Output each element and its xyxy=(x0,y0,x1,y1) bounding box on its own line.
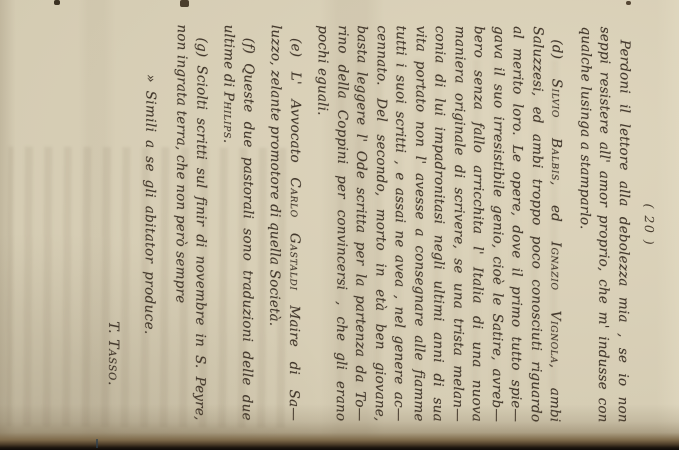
text-segment: . xyxy=(105,381,121,386)
text-segment: vita portato non l' avesse a consegnare … xyxy=(411,26,429,422)
text-line: Perdoni il lettore alla debolezza mia , … xyxy=(612,27,634,423)
text-segment: . xyxy=(221,139,237,144)
text-segment: (d) xyxy=(549,39,565,78)
text-segment: (f) Queste due pastorali sono traduzioni… xyxy=(239,38,257,421)
text-segment: al merito loro. Le opere, dove il primo … xyxy=(508,26,526,422)
text-segment: seppi resistere all' amor proprio, che m… xyxy=(595,27,613,423)
signature-line: T. Tasso. xyxy=(105,24,123,420)
text-line: cennato. Del secondo, morto in età ben g… xyxy=(369,25,391,421)
text-segment: qualche lusinga a stamparlo. xyxy=(577,26,594,229)
text-segment: pochi eguali. xyxy=(315,25,331,116)
text-segment: Maire di Sa— xyxy=(286,291,303,421)
text-segment: ultime di xyxy=(221,25,237,92)
text-segment: bero senza fallo arricchita l' Italia di… xyxy=(469,26,487,422)
text-line: vita portato non l' avesse a consegnare … xyxy=(408,26,430,422)
text-line: al merito loro. Le opere, dove il primo … xyxy=(506,26,528,422)
text-segment: Perdoni il lettore alla debolezza mia , … xyxy=(615,40,633,423)
text-segment: luzzo, zelante promotore di quella Socie… xyxy=(267,25,285,327)
scan-speck xyxy=(54,0,60,5)
text-line: non ingrata terra, che non però sempre xyxy=(170,24,192,420)
text-line: pochi eguali. xyxy=(311,25,333,421)
text-line: rino della Coppini per convincersi , che… xyxy=(330,25,352,421)
small-caps-name: Carlo Gastaldi xyxy=(286,177,303,290)
small-caps-name: Tasso xyxy=(105,339,121,381)
text-line: (d) Silvio Balbis, ed Ignazio Vignola, a… xyxy=(545,26,567,422)
text-segment: tutti i suoi scritti , e assai ne avea ,… xyxy=(391,26,409,422)
text-segment: rino della Coppini per convincersi , che… xyxy=(333,25,351,421)
small-caps-name: Silvio Balbis xyxy=(549,79,566,181)
book-page: ( 20 ) Perdoni il lettore alla debolezza… xyxy=(0,0,679,450)
text-line: (e) L' Avvocato Carlo Gastaldi Maire di … xyxy=(283,25,305,421)
text-line: tutti i suoi scritti , e assai ne avea ,… xyxy=(389,25,411,421)
text-segment: non ingrata terra, che non però sempre xyxy=(173,24,190,303)
text-segment: gava il suo irresistibile genio, cioè le… xyxy=(489,26,507,422)
scan-speck xyxy=(180,0,189,7)
text-line: gava il suo irresistibile genio, cioè le… xyxy=(486,26,508,422)
text-line: conia di lui impadronitasi negli ultimi … xyxy=(428,26,450,422)
page-number: ( 20 ) xyxy=(641,0,658,450)
book-scan-photo: ( 20 ) Perdoni il lettore alla debolezza… xyxy=(0,0,679,450)
text-segment: maniera originale di scrivere, se una tr… xyxy=(450,26,468,422)
text-segment: T. xyxy=(106,321,122,339)
text-segment: (e) L' Avvocato xyxy=(287,38,304,177)
text-line: maniera originale di scrivere, se una tr… xyxy=(447,26,469,422)
text-line: luzzo, zelante promotore di quella Socie… xyxy=(264,25,286,421)
fiber-artifact xyxy=(96,439,98,448)
text-segment: conia di lui impadronitasi negli ultimi … xyxy=(430,26,448,422)
text-segment: Saluzzesi, ed ambi troppo poco conosciut… xyxy=(528,26,546,422)
text-line: seppi resistere all' amor proprio, che m… xyxy=(593,27,615,423)
text-segment: basta leggere l' Ode scritta per la part… xyxy=(352,25,370,421)
text-line: bero senza fallo arricchita l' Italia di… xyxy=(467,26,489,422)
text-segment: cennato. Del secondo, morto in età ben g… xyxy=(372,25,390,421)
small-caps-name: Ignazio Vignola xyxy=(548,242,565,364)
gutter-shadow xyxy=(0,404,679,450)
text-line: (f) Queste due pastorali sono traduzioni… xyxy=(236,25,258,421)
text-line: qualche lusinga a stamparlo. xyxy=(573,26,595,422)
text-line: (g) Sciolti scritti sul finir di novembr… xyxy=(189,24,211,420)
quote-line: » Simili a se gli abitator produce. xyxy=(138,74,159,434)
text-line: Saluzzesi, ed ambi troppo poco conosciut… xyxy=(525,26,547,422)
text-segment: , ed xyxy=(548,181,564,242)
text-line: basta leggere l' Ode scritta per la part… xyxy=(350,25,372,421)
scan-speck xyxy=(626,1,631,5)
small-caps-name: Philips xyxy=(221,92,237,139)
text-line: ultime di Philips. xyxy=(217,25,239,421)
text-segment: (g) Sciolti scritti sul finir di novembr… xyxy=(192,37,210,420)
